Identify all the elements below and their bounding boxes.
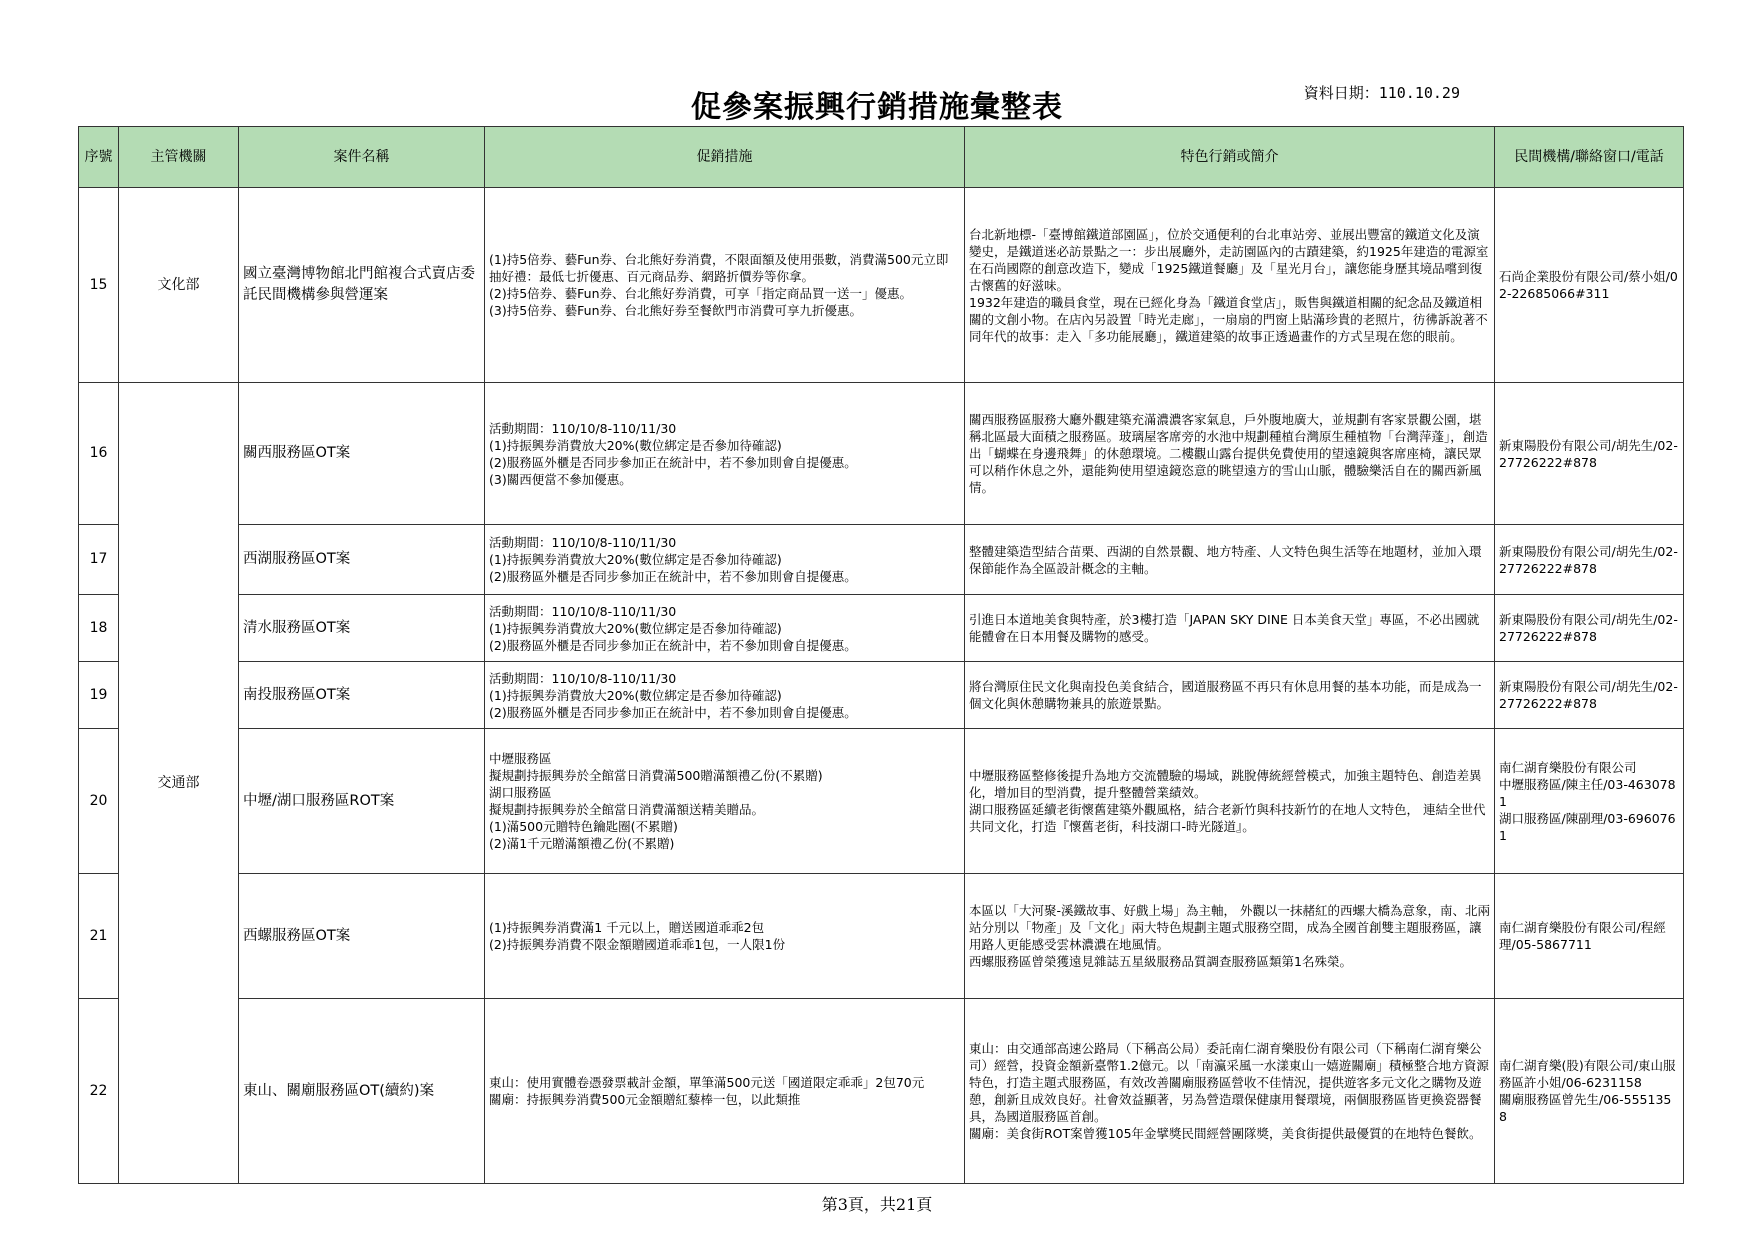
data-date: 資料日期：110.10.29 [1304, 82, 1460, 103]
feature-cell: 引進日本道地美食與特產，於3樓打造「JAPAN SKY DINE 日本美食天堂」… [965, 595, 1495, 662]
promotion-table: 序號 主管機關 案件名稱 促銷措施 特色行銷或簡介 民間機構/聯絡窗口/電話 1… [78, 126, 1684, 1184]
promo-cell: 東山：使用實體卷憑發票載計金額，單筆滿500元送「國道限定乖乖」2包70元 關廟… [485, 999, 965, 1184]
promo-cell: (1)持5倍券、藝Fun券、台北熊好券消費，不限面額及使用張數，消費滿500元立… [485, 188, 965, 383]
contact-cell: 南仁湖育樂(股)有限公司/東山服務區許小姐/06-6231158 關廟服務區曾先… [1495, 999, 1684, 1184]
row-number: 20 [79, 729, 119, 874]
table-row: 15 文化部 國立臺灣博物館北門館複合式賣店委託民間機構參與營運案 (1)持5倍… [79, 188, 1684, 383]
contact-cell: 新東陽股份有限公司/胡先生/02-27726222#878 [1495, 662, 1684, 729]
feature-cell: 將台灣原住民文化與南投色美食結合，國道服務區不再只有休息用餐的基本功能，而是成為… [965, 662, 1495, 729]
table-row: 18 清水服務區OT案 活動期間：110/10/8-110/11/30 (1)持… [79, 595, 1684, 662]
promo-cell: 活動期間：110/10/8-110/11/30 (1)持振興券消費放大20%(數… [485, 525, 965, 595]
table-row: 20 中壢/湖口服務區ROT案 中壢服務區 擬規劃持振興券於全館當日消費滿500… [79, 729, 1684, 874]
case-name-cell: 西螺服務區OT案 [239, 874, 485, 999]
table-row: 17 西湖服務區OT案 活動期間：110/10/8-110/11/30 (1)持… [79, 525, 1684, 595]
promo-cell: 活動期間：110/10/8-110/11/30 (1)持振興券消費放大20%(數… [485, 383, 965, 525]
case-name-cell: 中壢/湖口服務區ROT案 [239, 729, 485, 874]
feature-cell: 本區以「大河聚-溪鐵故事、好戲上場」為主軸， 外觀以一抹赭紅的西螺大橋為意象，南… [965, 874, 1495, 999]
table-row: 21 西螺服務區OT案 (1)持振興券消費滿1 千元以上，贈送國道乖乖2包 (2… [79, 874, 1684, 999]
feature-cell: 東山：由交通部高速公路局（下稱高公局）委託南仁湖育樂股份有限公司（下稱南仁湖育樂… [965, 999, 1495, 1184]
row-number: 22 [79, 999, 119, 1184]
table-row: 16 交通部 關西服務區OT案 活動期間：110/10/8-110/11/30 … [79, 383, 1684, 525]
agency-cell: 文化部 [119, 188, 239, 383]
row-number: 17 [79, 525, 119, 595]
agency-cell: 交通部 [119, 383, 239, 1184]
document-title: 促參案振興行銷措施彙整表 [0, 82, 1754, 126]
contact-cell: 新東陽股份有限公司/胡先生/02-27726222#878 [1495, 383, 1684, 525]
feature-cell: 中壢服務區整修後提升為地方交流體驗的場域，跳脫傳統經營模式，加強主題特色、創造差… [965, 729, 1495, 874]
promo-cell: 中壢服務區 擬規劃持振興券於全館當日消費滿500贈滿額禮乙份(不累贈) 湖口服務… [485, 729, 965, 874]
feature-cell: 台北新地標-「臺博館鐵道部園區」，位於交通便利的台北車站旁、並展出豐富的鐵道文化… [965, 188, 1495, 383]
contact-cell: 新東陽股份有限公司/胡先生/02-27726222#878 [1495, 525, 1684, 595]
contact-cell: 南仁湖育樂股份有限公司 中壢服務區/陳主任/03-4630781 湖口服務區/陳… [1495, 729, 1684, 874]
page-number: 第3頁，共21頁 [0, 1192, 1754, 1215]
case-name-cell: 南投服務區OT案 [239, 662, 485, 729]
col-header-feature: 特色行銷或簡介 [965, 127, 1495, 188]
promo-cell: 活動期間：110/10/8-110/11/30 (1)持振興券消費放大20%(數… [485, 595, 965, 662]
col-header-agency: 主管機關 [119, 127, 239, 188]
case-name-cell: 國立臺灣博物館北門館複合式賣店委託民間機構參與營運案 [239, 188, 485, 383]
contact-cell: 石尚企業股份有限公司/蔡小姐/02-22685066#311 [1495, 188, 1684, 383]
feature-cell: 整體建築造型結合苗栗、西湖的自然景觀、地方特產、人文特色與生活等在地題材，並加入… [965, 525, 1495, 595]
promo-cell: 活動期間：110/10/8-110/11/30 (1)持振興券消費放大20%(數… [485, 662, 965, 729]
case-name-cell: 東山、關廟服務區OT(續約)案 [239, 999, 485, 1184]
row-number: 18 [79, 595, 119, 662]
case-name-cell: 關西服務區OT案 [239, 383, 485, 525]
case-name-cell: 西湖服務區OT案 [239, 525, 485, 595]
contact-cell: 新東陽股份有限公司/胡先生/02-27726222#878 [1495, 595, 1684, 662]
promo-cell: (1)持振興券消費滿1 千元以上，贈送國道乖乖2包 (2)持振興券消費不限金額贈… [485, 874, 965, 999]
col-header-promo: 促銷措施 [485, 127, 965, 188]
table-row: 19 南投服務區OT案 活動期間：110/10/8-110/11/30 (1)持… [79, 662, 1684, 729]
feature-cell: 關西服務區服務大廳外觀建築充滿濃濃客家氣息，戶外腹地廣大，並規劃有客家景觀公園，… [965, 383, 1495, 525]
col-header-contact: 民間機構/聯絡窗口/電話 [1495, 127, 1684, 188]
table-row: 22 東山、關廟服務區OT(續約)案 東山：使用實體卷憑發票載計金額，單筆滿50… [79, 999, 1684, 1184]
row-number: 16 [79, 383, 119, 525]
row-number: 21 [79, 874, 119, 999]
contact-cell: 南仁湖育樂股份有限公司/程經理/05-5867711 [1495, 874, 1684, 999]
case-name-cell: 清水服務區OT案 [239, 595, 485, 662]
row-number: 19 [79, 662, 119, 729]
table-header-row: 序號 主管機關 案件名稱 促銷措施 特色行銷或簡介 民間機構/聯絡窗口/電話 [79, 127, 1684, 188]
col-header-name: 案件名稱 [239, 127, 485, 188]
col-header-no: 序號 [79, 127, 119, 188]
row-number: 15 [79, 188, 119, 383]
